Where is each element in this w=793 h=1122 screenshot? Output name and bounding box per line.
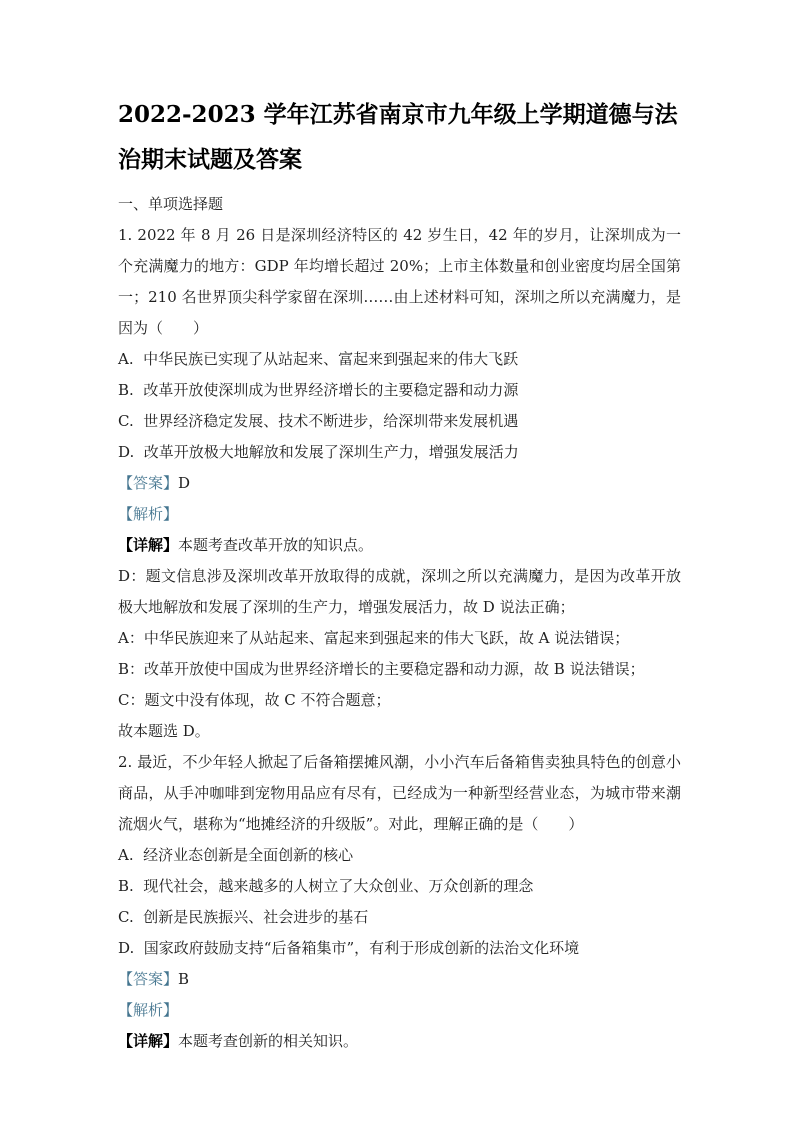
detail-label: 【详解】 bbox=[118, 536, 178, 554]
explanation-line: A：中华民族迎来了从站起来、富起来到强起来的伟大飞跃，故 A 说法错误； bbox=[118, 623, 681, 654]
option-d: D. 改革开放极大地解放和发展了深圳生产力，增强发展活力 bbox=[118, 437, 681, 468]
analysis-label: 【解析】 bbox=[118, 1001, 178, 1019]
analysis-line: 【解析】 bbox=[118, 995, 681, 1026]
analysis-line: 【解析】 bbox=[118, 499, 681, 530]
option-b: B. 现代社会，越来越多的人树立了大众创业、万众创新的理念 bbox=[118, 871, 681, 902]
option-d: D. 国家政府鼓励支持“后备箱集市”，有利于形成创新的法治文化环境 bbox=[118, 933, 681, 964]
detail-label: 【详解】 bbox=[118, 1032, 178, 1050]
option-b: B. 改革开放使深圳成为世界经济增长的主要稳定器和动力源 bbox=[118, 375, 681, 406]
answer-label: 【答案】 bbox=[118, 474, 178, 492]
question-stem: 1. 2022 年 8 月 26 日是深圳经济特区的 42 岁生日，42 年的岁… bbox=[118, 220, 681, 344]
section-heading: 一、单项选择题 bbox=[118, 189, 681, 220]
explanation-line: C：题文中没有体现，故 C 不符合题意； bbox=[118, 685, 681, 716]
option-c: C. 创新是民族振兴、社会进步的基石 bbox=[118, 902, 681, 933]
detail-line: 【详解】本题考查创新的相关知识。 bbox=[118, 1026, 681, 1057]
question-block-2: 2. 最近，不少年轻人掀起了后备箱摆摊风潮，小小汽车后备箱售卖独具特色的创意小商… bbox=[118, 747, 681, 1057]
explanation-line: B：改革开放使中国成为世界经济增长的主要稳定器和动力源，故 B 说法错误； bbox=[118, 654, 681, 685]
option-a: A. 经济业态创新是全面创新的核心 bbox=[118, 840, 681, 871]
answer-label: 【答案】 bbox=[118, 970, 178, 988]
question-block-1: 1. 2022 年 8 月 26 日是深圳经济特区的 42 岁生日，42 年的岁… bbox=[118, 220, 681, 747]
answer-value: D bbox=[178, 474, 190, 492]
detail-intro: 本题考查改革开放的知识点。 bbox=[178, 536, 373, 554]
option-c: C. 世界经济稳定发展、技术不断进步，给深圳带来发展机遇 bbox=[118, 406, 681, 437]
answer-line: 【答案】B bbox=[118, 964, 681, 995]
answer-value: B bbox=[178, 970, 189, 988]
detail-intro: 本题考查创新的相关知识。 bbox=[178, 1032, 358, 1050]
analysis-label: 【解析】 bbox=[118, 505, 178, 523]
option-a: A. 中华民族已实现了从站起来、富起来到强起来的伟大飞跃 bbox=[118, 344, 681, 375]
explanation-line: D：题文信息涉及深圳改革开放取得的成就，深圳之所以充满魔力，是因为改革开放极大地… bbox=[118, 561, 681, 623]
page-title: 2022-2023 学年江苏省南京市九年级上学期道德与法治期末试题及答案 bbox=[118, 92, 681, 182]
detail-line: 【详解】本题考查改革开放的知识点。 bbox=[118, 530, 681, 561]
question-stem: 2. 最近，不少年轻人掀起了后备箱摆摊风潮，小小汽车后备箱售卖独具特色的创意小商… bbox=[118, 747, 681, 840]
document-page: 2022-2023 学年江苏省南京市九年级上学期道德与法治期末试题及答案 一、单… bbox=[0, 0, 793, 1122]
explanation-line: 故本题选 D。 bbox=[118, 716, 681, 747]
answer-line: 【答案】D bbox=[118, 468, 681, 499]
